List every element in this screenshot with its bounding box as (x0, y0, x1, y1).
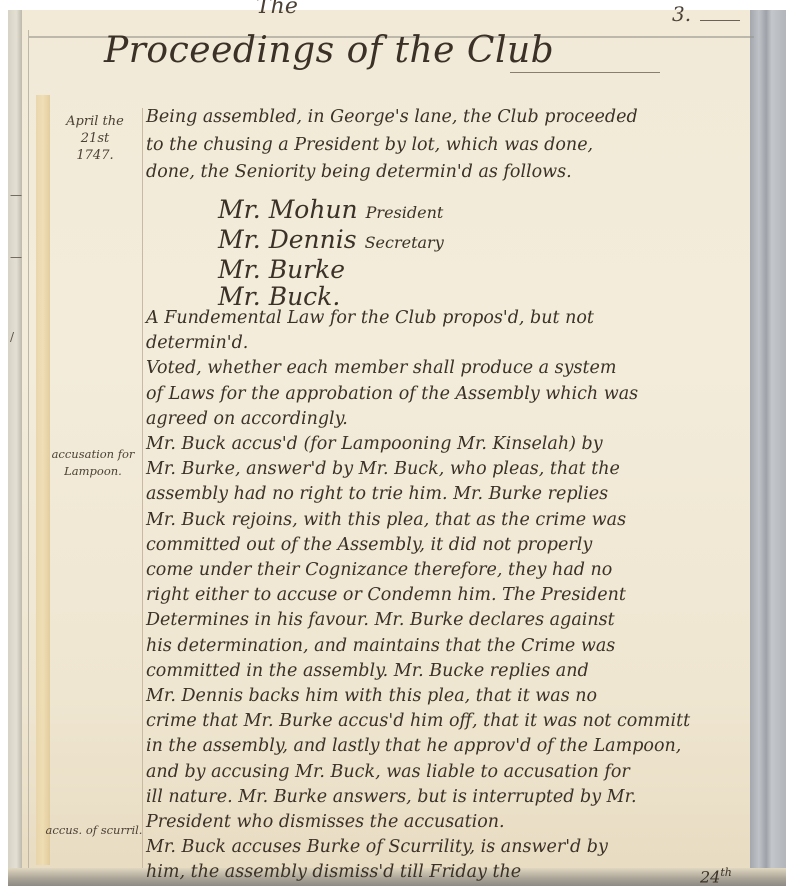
margin-note-lampoon: accusation for Lampoon. (44, 446, 142, 480)
text-line: Mr. Dennis backs him with this plea, tha… (146, 684, 746, 709)
date-month: April the (50, 113, 140, 130)
text-line: to the chusing a President by lot, which… (146, 132, 746, 160)
frame-right-edge (750, 10, 786, 886)
text-line: come under their Cognizance therefore, t… (146, 558, 746, 583)
member-row: Mr. MohunPresident (218, 196, 444, 226)
left-edge-mark: — (10, 250, 22, 264)
text-line: assembly had no right to trie him. Mr. B… (146, 482, 746, 507)
margin-note-scurrility: accus. of scurril. (42, 822, 146, 839)
text-line: Being assembled, in George's lane, the C… (146, 104, 746, 132)
member-name: Mr. Mohun (218, 195, 358, 224)
left-edge-mark: — (10, 188, 22, 202)
margin-rule (142, 108, 143, 868)
margin-note-date: April the 21st 1747. (50, 113, 140, 164)
footer-date: 24th (700, 866, 732, 886)
text-line: right either to accuse or Condemn him. T… (146, 583, 746, 608)
footer-day: 24 (700, 867, 720, 886)
text-line: of Laws for the approbation of the Assem… (146, 382, 746, 407)
text-line: Mr. Buck accus'd (for Lampooning Mr. Kin… (146, 432, 746, 457)
text-line: agreed on accordingly. (146, 407, 746, 432)
page-number-dash (700, 20, 740, 21)
text-line: done, the Seniority being determin'd as … (146, 159, 746, 187)
title-underline (510, 72, 660, 73)
member-role: Secretary (365, 233, 444, 252)
text-line: A Fundemental Law for the Club propos'd,… (146, 306, 746, 331)
text-line: President who dismisses the accusation. (146, 810, 746, 835)
header-word: The (256, 0, 298, 19)
inner-rule (28, 30, 29, 868)
text-line: Determines in his favour. Mr. Burke decl… (146, 608, 746, 633)
text-line: Voted, whether each member shall produce… (146, 356, 746, 381)
text-line: determin'd. (146, 331, 746, 356)
margin-note-line: Lampoon. (44, 463, 142, 480)
page-title: Proceedings of the Club (104, 30, 554, 71)
date-year: 1747. (50, 147, 140, 164)
text-line: his determination, and maintains that th… (146, 634, 746, 659)
text-line: crime that Mr. Burke accus'd him off, th… (146, 709, 746, 734)
text-line: committed in the assembly. Mr. Bucke rep… (146, 659, 746, 684)
opening-paragraph: Being assembled, in George's lane, the C… (146, 104, 746, 187)
frame-left-edge (8, 10, 22, 886)
member-name: Mr. Burke (218, 255, 345, 284)
text-line: Mr. Buck rejoins, with this plea, that a… (146, 508, 746, 533)
page-number: 3. (672, 2, 691, 26)
margin-note-line: accusation for (44, 446, 142, 463)
member-role: President (366, 203, 444, 222)
text-line: and by accusing Mr. Buck, was liable to … (146, 760, 746, 785)
left-edge-mark: / (10, 330, 14, 344)
text-line: committed out of the Assembly, it did no… (146, 533, 746, 558)
text-line: ill nature. Mr. Burke answers, but is in… (146, 785, 746, 810)
date-day: 21st (50, 130, 140, 147)
text-line: Mr. Buck accuses Burke of Scurrility, is… (146, 835, 746, 860)
footer-day-suffix: th (720, 866, 732, 879)
member-name: Mr. Dennis (218, 225, 357, 254)
member-row: Mr. DennisSecretary (218, 226, 444, 256)
binding-tape-strip (36, 95, 50, 865)
text-line: in the assembly, and lastly that he appr… (146, 734, 746, 759)
text-line: Mr. Burke, answer'd by Mr. Buck, who ple… (146, 457, 746, 482)
proceedings-body: A Fundemental Law for the Club propos'd,… (146, 306, 746, 886)
text-line: him, the assembly dismiss'd till Friday … (146, 860, 746, 885)
member-row: Mr. Burke (218, 256, 444, 283)
member-list: Mr. MohunPresident Mr. DennisSecretary M… (218, 196, 444, 310)
